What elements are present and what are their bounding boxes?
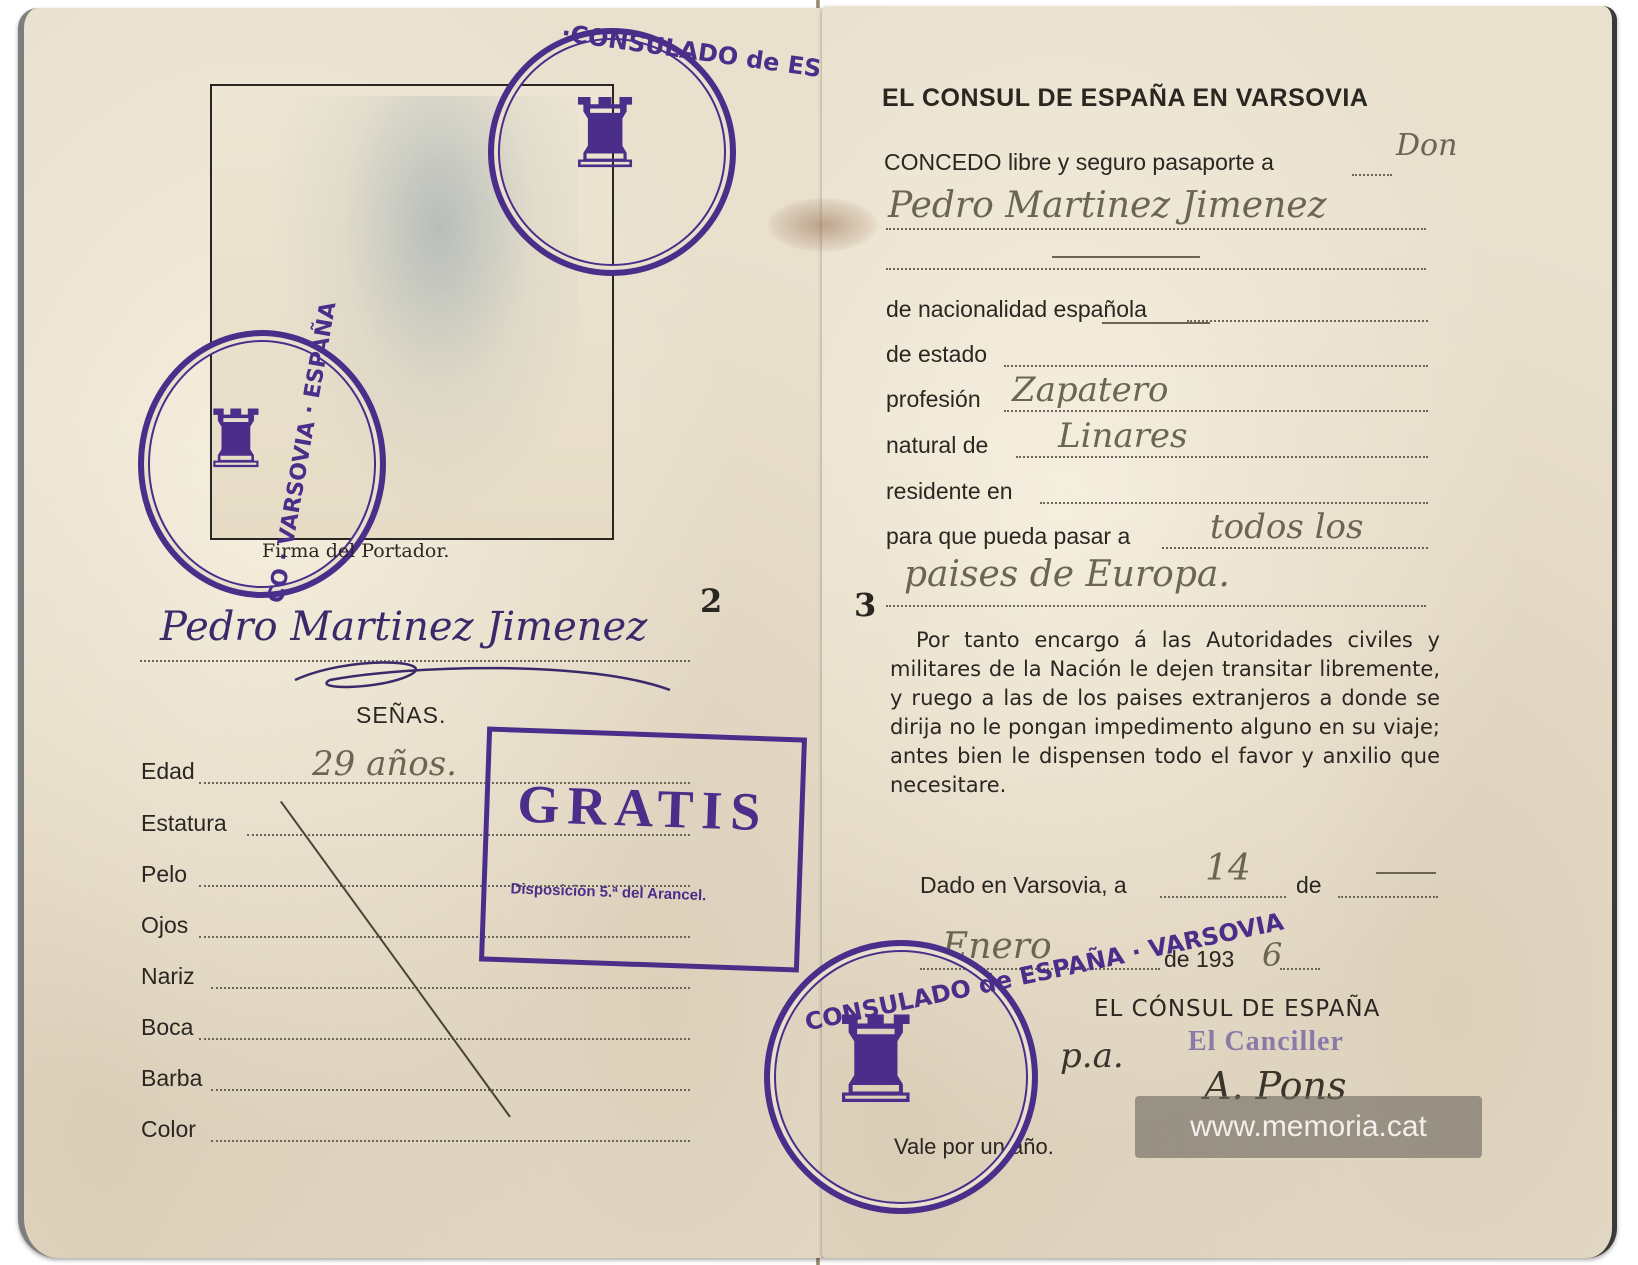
concedo-line: CONCEDO libre y seguro pasaporte a bbox=[884, 149, 1274, 176]
dotted-line bbox=[886, 228, 1426, 230]
field-value-5: todos los bbox=[1210, 507, 1363, 547]
page-number-right: 3 bbox=[854, 586, 876, 624]
holder-name: Pedro Martinez Jimenez bbox=[888, 185, 1327, 226]
bearer-signature: Pedro Martinez Jimenez bbox=[160, 604, 647, 650]
field-label-de-nacionalidad-espa-ola: de nacionalidad española bbox=[886, 296, 1147, 323]
field-label-color: Color bbox=[141, 1116, 196, 1143]
issue-day: 14 bbox=[1205, 848, 1251, 889]
request-paragraph: Por tanto encargo á las Autoridades civi… bbox=[890, 626, 1440, 800]
field-label-nariz: Nariz bbox=[141, 963, 195, 990]
pen-underline bbox=[1102, 322, 1210, 324]
field-label-boca: Boca bbox=[141, 1014, 193, 1041]
dotted-line bbox=[199, 1038, 690, 1040]
dotted-line bbox=[211, 987, 690, 989]
dotted-line bbox=[1280, 968, 1320, 970]
dotted-line bbox=[1016, 456, 1428, 458]
dotted-line bbox=[1004, 410, 1428, 412]
field-value-3: Linares bbox=[1058, 416, 1187, 456]
field-label-para-que-pueda-pasar-a: para que pueda pasar a bbox=[886, 523, 1130, 550]
photo-caption: Firma del Portador. bbox=[262, 540, 449, 562]
dado-en-label: Dado en Varsovia, a bbox=[920, 872, 1127, 899]
dotted-line bbox=[886, 268, 1426, 270]
dotted-line bbox=[1040, 502, 1428, 504]
field-label-natural-de: natural de bbox=[886, 432, 988, 459]
field-label-estatura: Estatura bbox=[141, 810, 227, 837]
staple-rust-mark bbox=[768, 198, 878, 252]
coat-of-arms-icon: ♜ bbox=[822, 1002, 930, 1122]
pen-stroke bbox=[1052, 256, 1200, 258]
dotted-line bbox=[211, 1089, 690, 1091]
page-number-left: 2 bbox=[700, 582, 722, 620]
senas-heading: SEÑAS. bbox=[356, 702, 446, 729]
field-label-de-estado: de estado bbox=[886, 341, 987, 368]
de-label: de bbox=[1296, 872, 1322, 899]
gratis-title: GRATIS bbox=[516, 773, 769, 844]
field-label-residente-en: residente en bbox=[886, 478, 1013, 505]
field-value-edad: 29 años. bbox=[312, 744, 457, 784]
page-title: EL CONSUL DE ESPAÑA EN VARSOVIA bbox=[882, 84, 1368, 113]
dotted-line bbox=[1162, 547, 1428, 549]
dotted-line bbox=[1352, 174, 1392, 176]
field-label-profesi-n: profesión bbox=[886, 386, 981, 413]
destination-continued: paises de Europa. bbox=[904, 554, 1230, 595]
gratis-stamp: GRATIS Disposición 5.ª del Arancel. bbox=[479, 726, 807, 972]
pa-mark: p.a. bbox=[1060, 1036, 1124, 1076]
gratis-subtitle: Disposición 5.ª del Arancel. bbox=[510, 880, 706, 904]
field-value-2: Zapatero bbox=[1012, 370, 1168, 410]
field-label-barba: Barba bbox=[141, 1065, 202, 1092]
dotted-line bbox=[886, 605, 1426, 607]
coat-of-arms-icon: ♜ bbox=[562, 86, 648, 182]
field-label-edad: Edad bbox=[141, 758, 195, 785]
watermark: www.memoria.cat bbox=[1135, 1096, 1482, 1158]
request-text: Por tanto encargo á las Autoridades civi… bbox=[890, 626, 1440, 800]
pen-stroke bbox=[1376, 872, 1436, 874]
dotted-line bbox=[1338, 896, 1438, 898]
signatory-title: EL CÓNSUL DE ESPAÑA bbox=[1094, 996, 1380, 1022]
field-label-ojos: Ojos bbox=[141, 912, 188, 939]
dotted-line bbox=[211, 1140, 690, 1142]
canciller-stamp: El Canciller bbox=[1188, 1026, 1344, 1058]
signature-flourish bbox=[290, 650, 710, 700]
field-label-pelo: Pelo bbox=[141, 861, 187, 888]
coat-of-arms-icon: ♜ bbox=[200, 400, 272, 480]
dotted-line bbox=[1004, 365, 1428, 367]
dotted-line bbox=[1160, 896, 1286, 898]
dotted-line bbox=[1187, 320, 1428, 322]
holder-title: Don bbox=[1396, 128, 1457, 163]
